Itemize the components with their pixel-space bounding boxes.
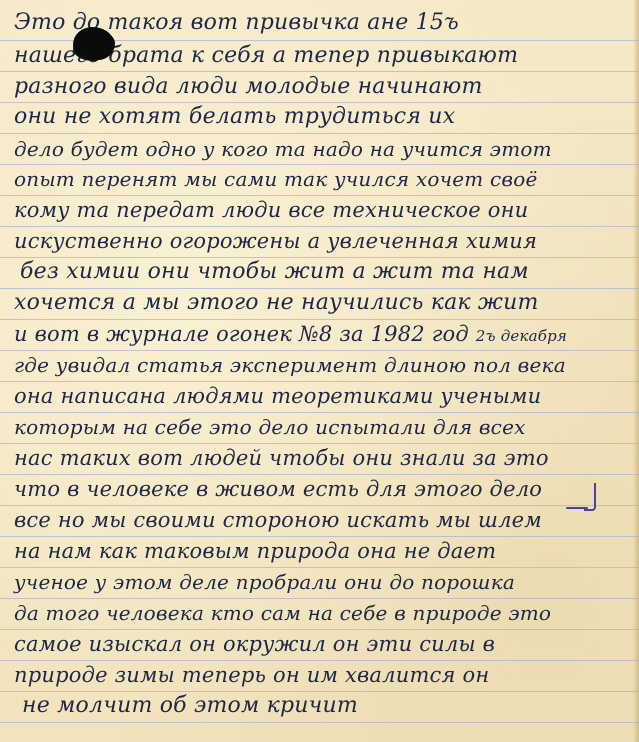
handwritten-line-16: что в человеке в живом есть для этого де…: [14, 476, 542, 502]
handwritten-line-5: дело будет одно у кого та надо на учится…: [14, 136, 552, 162]
ruled-line: [0, 691, 639, 692]
ruled-line: [0, 660, 639, 661]
handwritten-line-12: где увидал статья эксперимент длиною пол…: [14, 352, 566, 378]
ruled-line: [0, 629, 639, 630]
handwritten-line-8: искуственно огорожены а увлеченная химия: [14, 228, 537, 254]
ruled-line: [0, 350, 639, 351]
ruled-line: [0, 226, 639, 227]
ruled-line: [0, 505, 639, 506]
ruled-line: [0, 102, 639, 103]
notebook-page: Это до такоя вот привычка ане 15ъ нашего…: [0, 0, 639, 742]
handwritten-line-20: да того человека кто сам на себе в приро…: [14, 600, 551, 626]
handwritten-line-22: природе зимы теперь он им хвалится он: [14, 662, 489, 688]
handwritten-line-13: она написана людями теоретиками учеными: [14, 383, 541, 409]
handwritten-line-17: все но мы своими стороною искать мы шлем: [14, 507, 542, 533]
ruled-line: [0, 288, 639, 289]
handwritten-line-7: кому та передат люди все техническое они: [14, 197, 528, 223]
ruled-line: [0, 598, 639, 599]
handwritten-line-18: на нам как таковым природа она не дает: [14, 538, 496, 564]
handwritten-line-4: они не хотят белать трудиться их: [14, 104, 455, 130]
ruled-line: [0, 443, 639, 444]
ruled-line: [0, 536, 639, 537]
handwritten-line-21: самое изыскал он окружил он эти силы в: [14, 631, 495, 657]
ruled-line: [0, 722, 639, 723]
handwritten-line-15: нас таких вот людей чтобы они знали за э…: [14, 445, 549, 471]
handwritten-line-6: опыт перенят мы сами так учился хочет св…: [14, 166, 538, 192]
ruled-line: [0, 71, 639, 72]
ruled-line: [0, 164, 639, 165]
ink-blot: [73, 27, 113, 59]
handwritten-line-11: и вот в журнале огонек №8 за 1982 год 2ъ…: [14, 321, 567, 349]
ruled-line: [0, 319, 639, 320]
ruled-line: [0, 133, 639, 134]
page-edge-shadow: [633, 0, 639, 742]
handwritten-line-23: не молчит об этом кричит: [22, 693, 358, 719]
ruled-line: [0, 567, 639, 568]
ruled-line: [0, 412, 639, 413]
ruled-line: [0, 381, 639, 382]
purple-bracket-tail: [566, 507, 588, 509]
handwritten-line-10: хочется а мы этого не научились как жит: [14, 290, 539, 316]
line-11-text: и вот в журнале огонек №8 за 1982 год: [14, 322, 469, 346]
date-note: 2ъ декабря: [476, 327, 567, 345]
handwritten-line-19: ученое у этом деле пробрали они до порош…: [14, 569, 515, 595]
ruled-line: [0, 257, 639, 258]
handwritten-line-9: без химии они чтобы жит а жит та нам: [20, 259, 529, 285]
handwritten-line-14: которым на себе это дело испытали для вс…: [14, 414, 526, 440]
ruled-line: [0, 195, 639, 196]
ruled-line: [0, 474, 639, 475]
handwritten-line-3: разного вида люди молодые начинают: [14, 74, 483, 100]
